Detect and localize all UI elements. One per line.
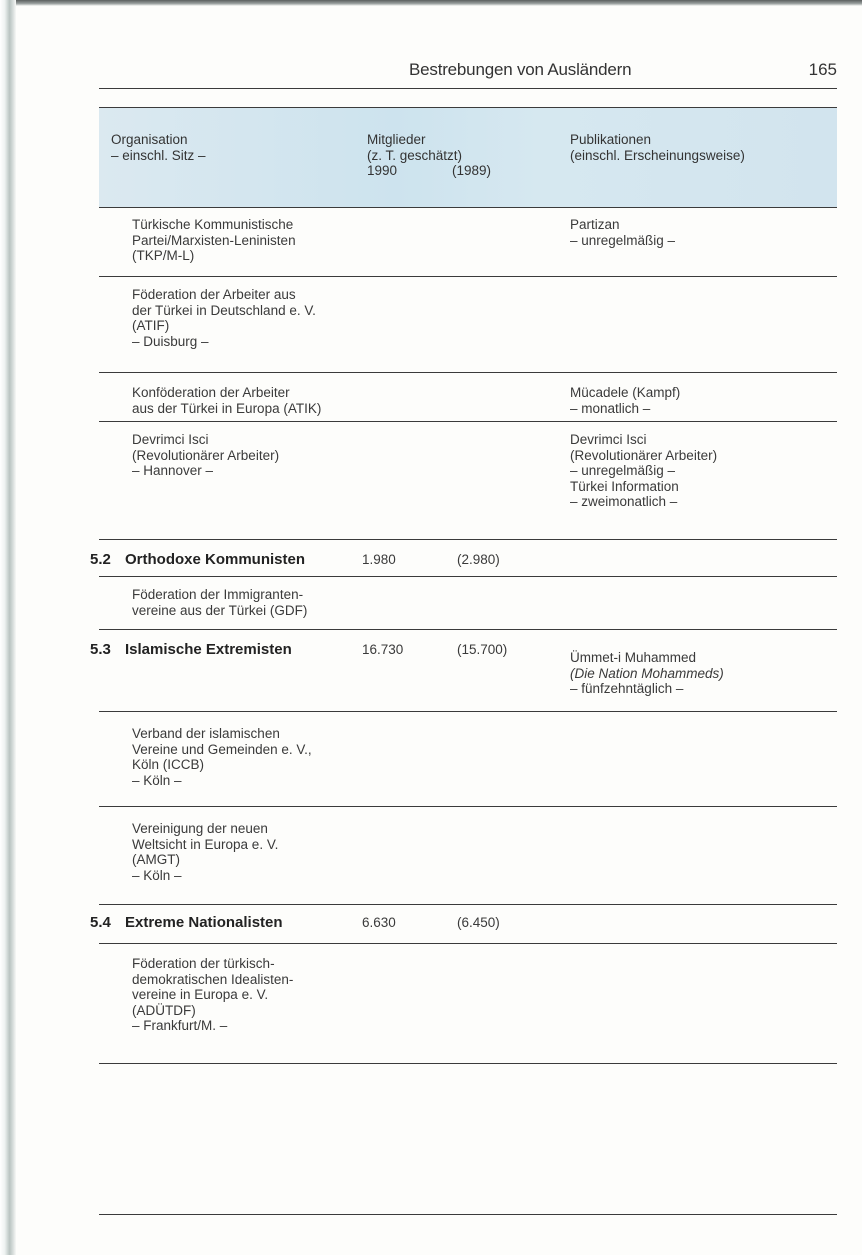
publication: Devrimci Isci (Revolutionärer Arbeiter) … — [570, 432, 717, 510]
section-title: Islamische Extremisten — [125, 642, 292, 658]
members-1989: (6.450) — [457, 915, 500, 931]
section-title: Orthodoxe Kommunisten — [125, 552, 305, 568]
header-mitglieder: Mitglieder (z. T. geschätzt) 1990 (1989) — [367, 132, 491, 179]
publication: Ümmet-i Muhammed(Die Nation Mohammeds)– … — [570, 650, 724, 697]
table-row: Türkische Kommunistische Partei/Marxiste… — [99, 208, 837, 277]
section-number: 5.4 — [90, 915, 111, 931]
organisation-name: Devrimci Isci (Revolutionärer Arbeiter) … — [132, 432, 279, 479]
organisation-name: Verband der islamischen Vereine und Geme… — [132, 726, 312, 788]
organisations-table: Organisation – einschl. Sitz – Mitgliede… — [99, 107, 837, 1064]
header-year-current: 1990 — [367, 163, 452, 179]
section-title: Extreme Nationalisten — [125, 915, 283, 931]
page-number: 165 — [809, 60, 837, 80]
page-spine-shadow — [0, 0, 16, 1255]
members-1990: 1.980 — [362, 552, 396, 568]
table-row: Föderation der türkisch- demokratischen … — [99, 944, 837, 1064]
header-organisation: Organisation – einschl. Sitz – — [111, 132, 206, 163]
header-year-previous: (1989) — [452, 163, 491, 179]
publication: Partizan – unregelmäßig – — [570, 217, 675, 248]
table-row: Konföderation der Arbeiter aus der Türke… — [99, 373, 837, 422]
members-1990: 16.730 — [362, 642, 403, 658]
scan-top-edge — [0, 0, 862, 6]
section-number: 5.3 — [90, 642, 111, 658]
organisation-name: Föderation der Immigranten- vereine aus … — [132, 587, 307, 618]
organisation-name: Föderation der Arbeiter aus der Türkei i… — [132, 287, 316, 349]
organisation-name: Vereinigung der neuen Weltsicht in Europ… — [132, 821, 278, 883]
table-row: Föderation der Immigranten- vereine aus … — [99, 577, 837, 630]
organisation-name: Föderation der türkisch- demokratischen … — [132, 956, 293, 1034]
table-row: Verband der islamischen Vereine und Geme… — [99, 712, 837, 807]
section-number: 5.2 — [90, 552, 111, 568]
bottom-rule — [99, 1214, 837, 1215]
table-row: Devrimci Isci (Revolutionärer Arbeiter) … — [99, 422, 837, 540]
members-1990: 6.630 — [362, 915, 396, 931]
table-header: Organisation – einschl. Sitz – Mitgliede… — [99, 107, 837, 208]
section-row: 5.4Extreme Nationalisten6.630(6.450) — [99, 905, 837, 944]
section-row: 5.3Islamische Extremisten16.730(15.700)Ü… — [99, 630, 837, 712]
page-header: Bestrebungen von Ausländern 165 — [99, 60, 837, 89]
organisation-name: Konföderation der Arbeiter aus der Türke… — [132, 385, 321, 416]
publication: Mücadele (Kampf) – monatlich – — [570, 385, 680, 416]
table-row: Vereinigung der neuen Weltsicht in Europ… — [99, 807, 837, 905]
section-row: 5.2Orthodoxe Kommunisten1.980(2.980) — [99, 540, 837, 577]
members-1989: (2.980) — [457, 552, 500, 568]
table-body: Türkische Kommunistische Partei/Marxiste… — [99, 208, 837, 1064]
members-1989: (15.700) — [457, 642, 507, 658]
table-row: Föderation der Arbeiter aus der Türkei i… — [99, 277, 837, 373]
header-publikationen: Publikationen (einschl. Erscheinungsweis… — [570, 132, 745, 163]
running-title: Bestrebungen von Ausländern — [409, 60, 631, 80]
organisation-name: Türkische Kommunistische Partei/Marxiste… — [132, 217, 296, 264]
